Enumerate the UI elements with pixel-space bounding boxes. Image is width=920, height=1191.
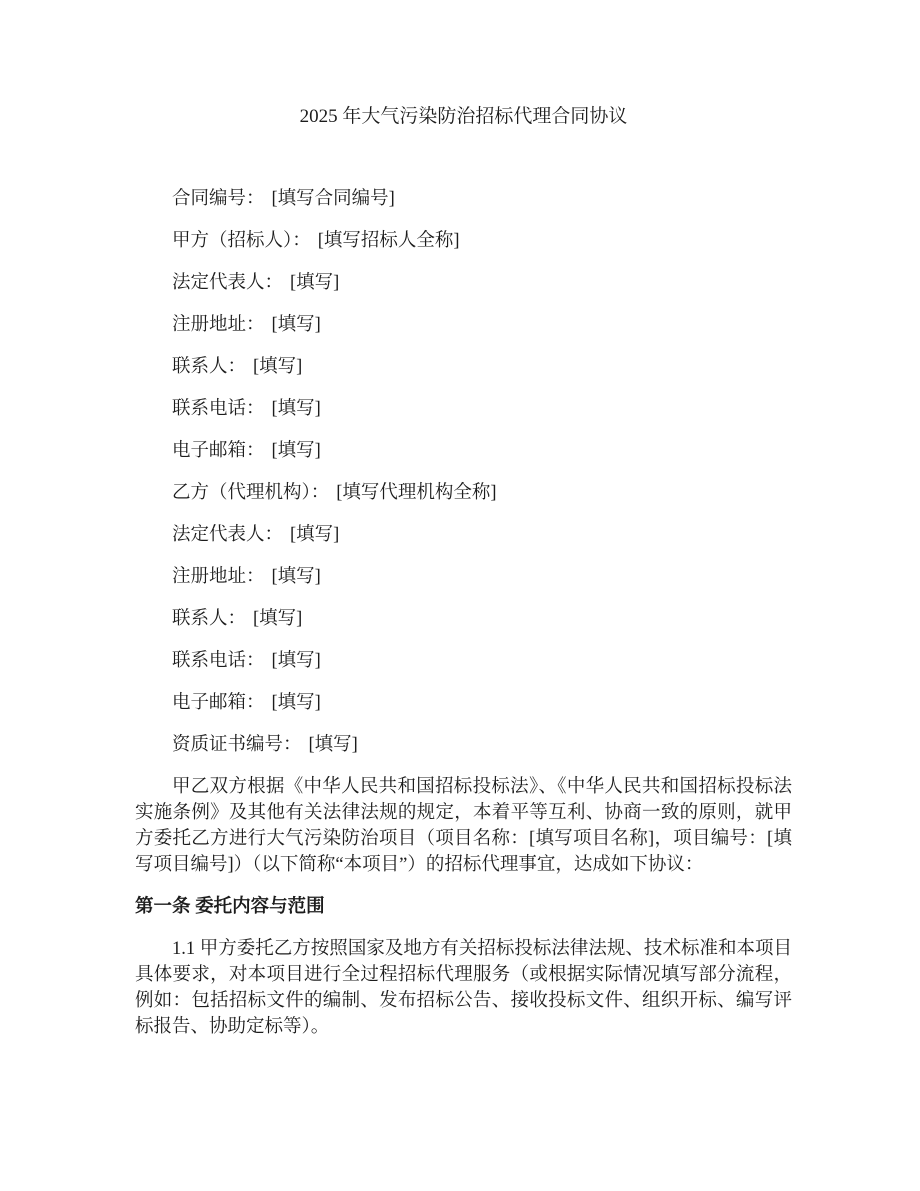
field-placeholder: [填写]	[290, 273, 339, 293]
field-placeholder: [填写]	[272, 567, 321, 587]
field-label: 甲方（招标人）：	[172, 231, 311, 251]
field-placeholder: [填写]	[253, 609, 302, 629]
field-label: 法定代表人：	[172, 525, 283, 545]
field-placeholder: [填写]	[272, 399, 321, 419]
document-title: 2025 年大气污染防治招标代理合同协议	[135, 104, 792, 130]
field-placeholder: [填写代理机构全称]	[336, 483, 496, 503]
field-line-party-a-legal-representative: 法定代表人：[填写]	[135, 270, 792, 296]
field-placeholder: [填写]	[290, 525, 339, 545]
field-line-party-b-qualification-certificate-number: 资质证书编号：[填写]	[135, 732, 792, 758]
field-label: 合同编号：	[172, 189, 265, 209]
field-label: 联系人：	[172, 357, 246, 377]
field-line-party-b-contact-person: 联系人：[填写]	[135, 606, 792, 632]
field-line-party-a-registered-address: 注册地址：[填写]	[135, 312, 792, 338]
field-label: 法定代表人：	[172, 273, 283, 293]
field-line-party-a-contact-phone: 联系电话：[填写]	[135, 396, 792, 422]
field-placeholder: [填写]	[272, 441, 321, 461]
field-placeholder: [填写招标人全称]	[318, 231, 460, 251]
document-page: 2025 年大气污染防治招标代理合同协议 合同编号：[填写合同编号] 甲方（招标…	[0, 0, 920, 1191]
section-1-heading: 第一条 委托内容与范围	[135, 894, 792, 920]
field-placeholder: [填写合同编号]	[272, 189, 395, 209]
field-label: 电子邮箱：	[172, 693, 265, 713]
field-label: 乙方（代理机构）：	[172, 483, 329, 503]
field-line-party-a-contact-person: 联系人：[填写]	[135, 354, 792, 380]
field-label: 联系电话：	[172, 399, 265, 419]
field-label: 注册地址：	[172, 567, 265, 587]
field-label: 电子邮箱：	[172, 441, 265, 461]
field-placeholder: [填写]	[309, 735, 358, 755]
field-label: 联系电话：	[172, 651, 265, 671]
field-line-party-b-contact-phone: 联系电话：[填写]	[135, 648, 792, 674]
field-line-party-a-name: 甲方（招标人）：[填写招标人全称]	[135, 228, 792, 254]
field-line-party-b-legal-representative: 法定代表人：[填写]	[135, 522, 792, 548]
field-line-party-b-registered-address: 注册地址：[填写]	[135, 564, 792, 590]
field-label: 注册地址：	[172, 315, 265, 335]
field-placeholder: [填写]	[253, 357, 302, 377]
intro-paragraph: 甲乙双方根据《中华人民共和国招标投标法》、《中华人民共和国招标投标法实施条例》及…	[135, 774, 792, 878]
clause-1-1: 1.1 甲方委托乙方按照国家及地方有关招标投标法律法规、技术标准和本项目具体要求…	[135, 936, 792, 1040]
field-line-party-b-email: 电子邮箱：[填写]	[135, 690, 792, 716]
field-label: 资质证书编号：	[172, 735, 302, 755]
field-placeholder: [填写]	[272, 315, 321, 335]
field-line-contract-number: 合同编号：[填写合同编号]	[135, 186, 792, 212]
field-placeholder: [填写]	[272, 693, 321, 713]
field-label: 联系人：	[172, 609, 246, 629]
field-line-party-a-email: 电子邮箱：[填写]	[135, 438, 792, 464]
field-placeholder: [填写]	[272, 651, 321, 671]
field-line-party-b-name: 乙方（代理机构）：[填写代理机构全称]	[135, 480, 792, 506]
